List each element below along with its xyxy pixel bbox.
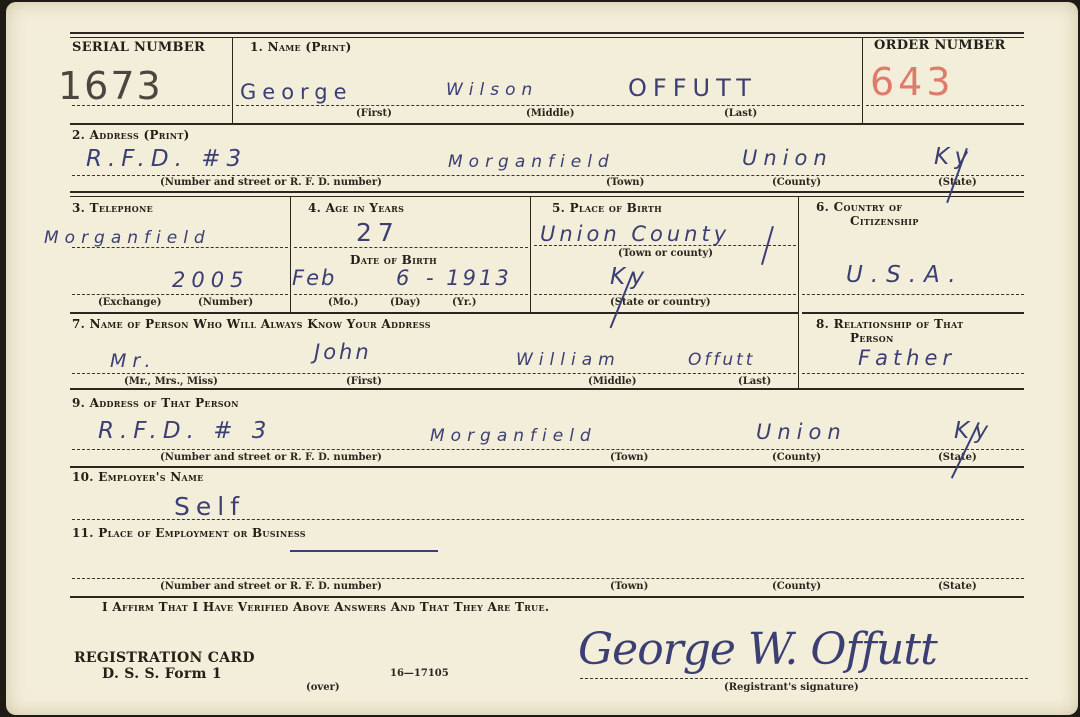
address-town: Morganfield — [448, 152, 615, 172]
serial-number-value: 1673 — [58, 64, 163, 108]
name-last-caption: (Last) — [724, 108, 757, 119]
order-dash — [866, 105, 1024, 106]
contact-street-caption: (Number and street or R. F. D. number) — [160, 452, 382, 463]
row3-rule-right — [802, 312, 1024, 314]
row1-rule — [70, 123, 1024, 125]
name-dash — [236, 105, 860, 106]
age-label: 4. Age in Years — [308, 201, 404, 215]
contact-address-county: Union — [756, 420, 847, 444]
dob-mo-caption: (Mo.) — [328, 297, 359, 308]
serial-divider — [232, 38, 233, 123]
registration-card-title: REGISTRATION CARD — [74, 650, 255, 666]
address-state-caption: (State) — [938, 177, 977, 188]
address-street-caption: (Number and street or R. F. D. number) — [160, 177, 382, 188]
serial-number-label: SERIAL NUMBER — [72, 40, 205, 55]
birthplace-label: 5. Place of Birth — [552, 201, 662, 215]
dob-label: Date of Birth — [350, 253, 437, 267]
relationship-value: Father — [858, 346, 956, 370]
registration-card: SERIAL NUMBER 1673 1. Name (Print) Georg… — [6, 2, 1078, 715]
contact-dash — [72, 373, 796, 374]
telephone-label: 3. Telephone — [72, 201, 153, 215]
dob-day-caption: (Day) — [390, 297, 420, 308]
name-middle: Wilson — [446, 80, 538, 100]
contact-middle-caption: (Middle) — [588, 376, 636, 387]
birthplace-divider — [798, 196, 799, 388]
order-number-label: ORDER NUMBER — [874, 38, 1006, 53]
contact-address-label: 9. Address of That Person — [72, 396, 239, 410]
address-county: Union — [742, 146, 833, 170]
birthplace-dash-1 — [534, 245, 796, 246]
employer-dash — [72, 519, 1024, 520]
age-dash — [294, 247, 528, 248]
birthplace-dash-2 — [534, 294, 796, 295]
dob-yr-caption: (Yr.) — [452, 297, 476, 308]
address-dash — [72, 175, 1024, 176]
contact-address-street: R.F.D. # 3 — [98, 418, 272, 444]
age-divider — [530, 196, 531, 312]
print-code: 16—17105 — [390, 668, 449, 679]
address-town-caption: (Town) — [606, 177, 644, 188]
age-value: 27 — [356, 218, 400, 247]
relationship-dash — [802, 373, 1024, 374]
contact-middle: William — [516, 350, 621, 370]
relationship-label-1: 8. Relationship of That — [816, 317, 963, 331]
telephone-dash-2 — [72, 294, 288, 295]
contact-address-town: Morganfield — [430, 426, 597, 446]
address-label: 2. Address (Print) — [72, 128, 190, 142]
contact-first: John — [314, 340, 372, 364]
order-number-value: 643 — [870, 60, 955, 104]
dob-year: - 1913 — [426, 266, 512, 290]
name-first-caption: (First) — [356, 108, 392, 119]
employment-place-dash — [72, 578, 1024, 579]
contact-title-caption: (Mr., Mrs., Miss) — [124, 376, 218, 387]
dob-day: 6 — [396, 266, 415, 290]
name-label: 1. Name (Print) — [250, 40, 352, 54]
birthplace-state-caption: (State or country) — [610, 297, 711, 308]
employment-town-caption: (Town) — [610, 581, 648, 592]
contact-county-caption: (County) — [772, 452, 821, 463]
relationship-label-2: Person — [850, 331, 894, 345]
telephone-number: 2005 — [172, 268, 249, 292]
citizenship-label-1: 6. Country of — [816, 200, 902, 214]
employment-place-label: 11. Place of Employment or Business — [72, 526, 306, 540]
birthplace-town-caption: (Town or county) — [618, 248, 713, 259]
telephone-exchange: Morganfield — [44, 228, 211, 248]
contact-town-caption: (Town) — [610, 452, 648, 463]
contact-address-dash — [72, 449, 1024, 450]
contact-title: Mr. — [110, 350, 157, 372]
row4-rule — [70, 388, 1024, 390]
order-divider — [862, 38, 863, 123]
signature-caption: (Registrant's signature) — [724, 682, 859, 693]
employer-value: Self — [174, 492, 245, 521]
number-caption: (Number) — [198, 297, 253, 308]
form-name: D. S. S. Form 1 — [102, 666, 222, 682]
signature-dash — [580, 678, 1028, 679]
row7-rule — [70, 596, 1024, 598]
contact-person-label: 7. Name of Person Who Will Always Know Y… — [72, 317, 431, 331]
dob-month: Feb — [292, 266, 336, 290]
row2-rule — [70, 191, 1024, 193]
address-street: R.F.D. #3 — [86, 146, 247, 172]
exchange-caption: (Exchange) — [98, 297, 162, 308]
employment-street-caption: (Number and street or R. F. D. number) — [160, 581, 382, 592]
top-rule — [70, 32, 1024, 34]
citizenship-value: U.S.A. — [846, 262, 964, 288]
employment-place-blank-line — [290, 550, 438, 552]
serial-dash — [72, 105, 230, 106]
contact-last: Offutt — [688, 350, 755, 370]
contact-first-caption: (First) — [346, 376, 382, 387]
row2-rule-inner — [70, 196, 1024, 197]
row3-rule-left — [70, 312, 798, 314]
telephone-dash-1 — [72, 247, 288, 248]
address-county-caption: (County) — [772, 177, 821, 188]
name-first: George — [240, 80, 353, 104]
citizenship-label-2: Citizenship — [850, 214, 919, 228]
employment-state-caption: (State) — [938, 581, 977, 592]
birthplace-town: Union County — [540, 222, 730, 246]
name-last: OFFUTT — [628, 74, 757, 102]
employer-label: 10. Employer's Name — [72, 470, 204, 484]
citizenship-dash — [802, 294, 1024, 295]
contact-last-caption: (Last) — [738, 376, 771, 387]
registrant-signature: George W. Offutt — [578, 624, 937, 675]
affirmation-text: I Affirm That I Have Verified Above Answ… — [102, 600, 549, 614]
name-middle-caption: (Middle) — [526, 108, 574, 119]
dob-dash — [294, 294, 528, 295]
employment-county-caption: (County) — [772, 581, 821, 592]
tel-divider — [290, 196, 291, 312]
row5-rule — [70, 466, 1024, 468]
over-text: (over) — [306, 682, 340, 693]
